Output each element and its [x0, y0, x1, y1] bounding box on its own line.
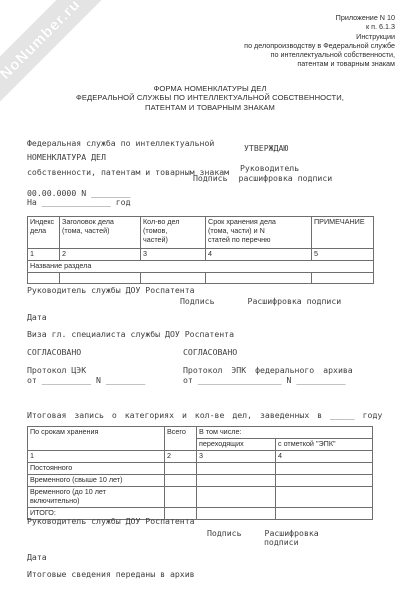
subheader-cell-epk: с отметкой "ЭПК" — [276, 439, 373, 451]
header-note-line: по делопроизводству в Федеральной службе — [244, 41, 395, 50]
column-number-cell: 2 — [165, 451, 197, 463]
column-number-cell: 4 — [206, 249, 312, 261]
protocol-from-line-right: от _________________ N __________ — [183, 376, 346, 386]
column-number-cell: 1 — [28, 451, 165, 463]
column-number-cell: 4 — [276, 451, 373, 463]
signature-decode-label: расшифровка подписи — [239, 174, 333, 184]
date-label: Дата — [27, 313, 47, 323]
empty-cell — [141, 272, 206, 283]
empty-cell — [165, 486, 197, 507]
empty-entry-row — [28, 272, 374, 283]
header-cell-index: Индекс дела — [28, 217, 60, 249]
form-title-line: ФЕДЕРАЛЬНОЙ СЛУЖБЫ ПО ИНТЕЛЛЕКТУАЛЬНОЙ С… — [0, 93, 420, 102]
empty-cell — [165, 474, 197, 486]
nomenclature-table-header-row: Индекс дела Заголовок дела (тома, частей… — [28, 217, 374, 249]
empty-cell — [197, 463, 276, 475]
column-number-row: 1 2 3 4 5 — [28, 249, 374, 261]
form-title: ФОРМА НОМЕНКЛАТУРЫ ДЕЛ ФЕДЕРАЛЬНОЙ СЛУЖБ… — [0, 84, 420, 112]
header-cell-note: ПРИМЕЧАНИЕ — [312, 217, 374, 249]
row-temporary-under-10: Временного (до 10 лет включительно) — [28, 486, 373, 507]
empty-cell — [28, 272, 60, 283]
header-note-line: Приложение N 10 — [244, 13, 395, 22]
empty-cell — [312, 272, 374, 283]
year-line: На ______________ год — [27, 198, 131, 208]
signature2-role: Руководитель службы ДОУ Роспатента — [27, 517, 195, 527]
nomenclature-label: НОМЕНКЛАТУРА ДЕЛ — [27, 153, 106, 163]
column-number-cell: 1 — [28, 249, 60, 261]
column-number-row: 1 2 3 4 — [28, 451, 373, 463]
header-cell-case-count: Кол-во дел (томов, частей) — [141, 217, 206, 249]
header-cell-case-title: Заголовок дела (тома, частей) — [60, 217, 141, 249]
summary-table-header-row: По срокам хранения Всего В том числе: — [28, 427, 373, 439]
signature1-role: Руководитель службы ДОУ Роспатента — [27, 286, 195, 296]
header-note-line: патентам и товарным знакам — [244, 59, 395, 68]
section-title-cell: Название раздела — [28, 260, 374, 272]
column-number-cell: 3 — [197, 451, 276, 463]
signature2-row: Подпись Расшифровка — [207, 529, 319, 539]
column-number-cell: 3 — [141, 249, 206, 261]
protocol-from-line-left: от __________ N ________ — [27, 376, 145, 386]
empty-cell — [206, 272, 312, 283]
watermark-text: NoNumber.ru — [0, 0, 83, 82]
signature-decode-label-line2: подписи — [264, 538, 299, 548]
empty-cell — [197, 486, 276, 507]
header-note: Приложение N 10 к п. 6.1.3 Инструкции по… — [244, 13, 395, 69]
empty-cell — [276, 463, 373, 475]
visa-line: Виза гл. специалиста службы ДОУ Роспатен… — [27, 330, 234, 340]
header-cell-total: Всего — [165, 427, 197, 451]
final-archive-line: Итоговые сведения переданы в архив — [27, 570, 195, 580]
approval-signature-row: Подпись расшифровка подписи — [193, 174, 332, 184]
agreed-label-right: СОГЛАСОВАНО — [183, 348, 237, 358]
row-temporary-over-10: Временного (свыше 10 лет) — [28, 474, 373, 486]
row-label-cell: Временного (до 10 лет включительно) — [28, 486, 165, 507]
agreed-label-left: СОГЛАСОВАНО — [27, 348, 81, 358]
empty-cell — [197, 507, 276, 519]
empty-cell — [165, 463, 197, 475]
row-label-cell: Постоянного — [28, 463, 165, 475]
signature-label: Подпись — [180, 297, 215, 307]
header-note-line: по интеллектуальной собственности, — [244, 50, 395, 59]
signature-label: Подпись — [193, 174, 228, 184]
organization-name-line: Федеральная служба по интеллектуальной — [27, 139, 229, 149]
subheader-cell-transitional: переходящих — [197, 439, 276, 451]
header-cell-storage-terms: По срокам хранения — [28, 427, 165, 451]
signature-decode-label: Расшифровка подписи — [248, 297, 342, 307]
header-cell-storage-term: Срок хранения дела (тома, части) и N ста… — [206, 217, 312, 249]
approve-stamp: УТВЕРЖДАЮ — [244, 144, 288, 154]
header-note-line: к п. 6.1.3 — [244, 22, 395, 31]
form-title-line: ФОРМА НОМЕНКЛАТУРЫ ДЕЛ — [0, 84, 420, 93]
signature-label: Подпись — [207, 529, 242, 539]
empty-cell — [276, 474, 373, 486]
nomenclature-table: Индекс дела Заголовок дела (тома, частей… — [27, 216, 374, 284]
empty-cell — [197, 474, 276, 486]
header-cell-including: В том числе: — [197, 427, 373, 439]
document-page: NoNumber.ru Приложение N 10 к п. 6.1.3 И… — [0, 0, 420, 600]
column-number-cell: 2 — [60, 249, 141, 261]
row-permanent: Постоянного — [28, 463, 373, 475]
empty-cell — [276, 507, 373, 519]
header-note-line: Инструкции — [244, 32, 395, 41]
form-title-line: ПАТЕНТАМ И ТОВАРНЫМ ЗНАКАМ — [0, 103, 420, 112]
date-label: Дата — [27, 553, 47, 563]
empty-cell — [276, 486, 373, 507]
summary-line: Итоговая запись о категориях и кол-ве де… — [27, 411, 382, 420]
summary-table: По срокам хранения Всего В том числе: пе… — [27, 426, 373, 520]
section-title-row: Название раздела — [28, 260, 374, 272]
column-number-cell: 5 — [312, 249, 374, 261]
row-label-cell: Временного (свыше 10 лет) — [28, 474, 165, 486]
signature1-row: Подпись Расшифровка подписи — [180, 297, 341, 307]
empty-cell — [60, 272, 141, 283]
